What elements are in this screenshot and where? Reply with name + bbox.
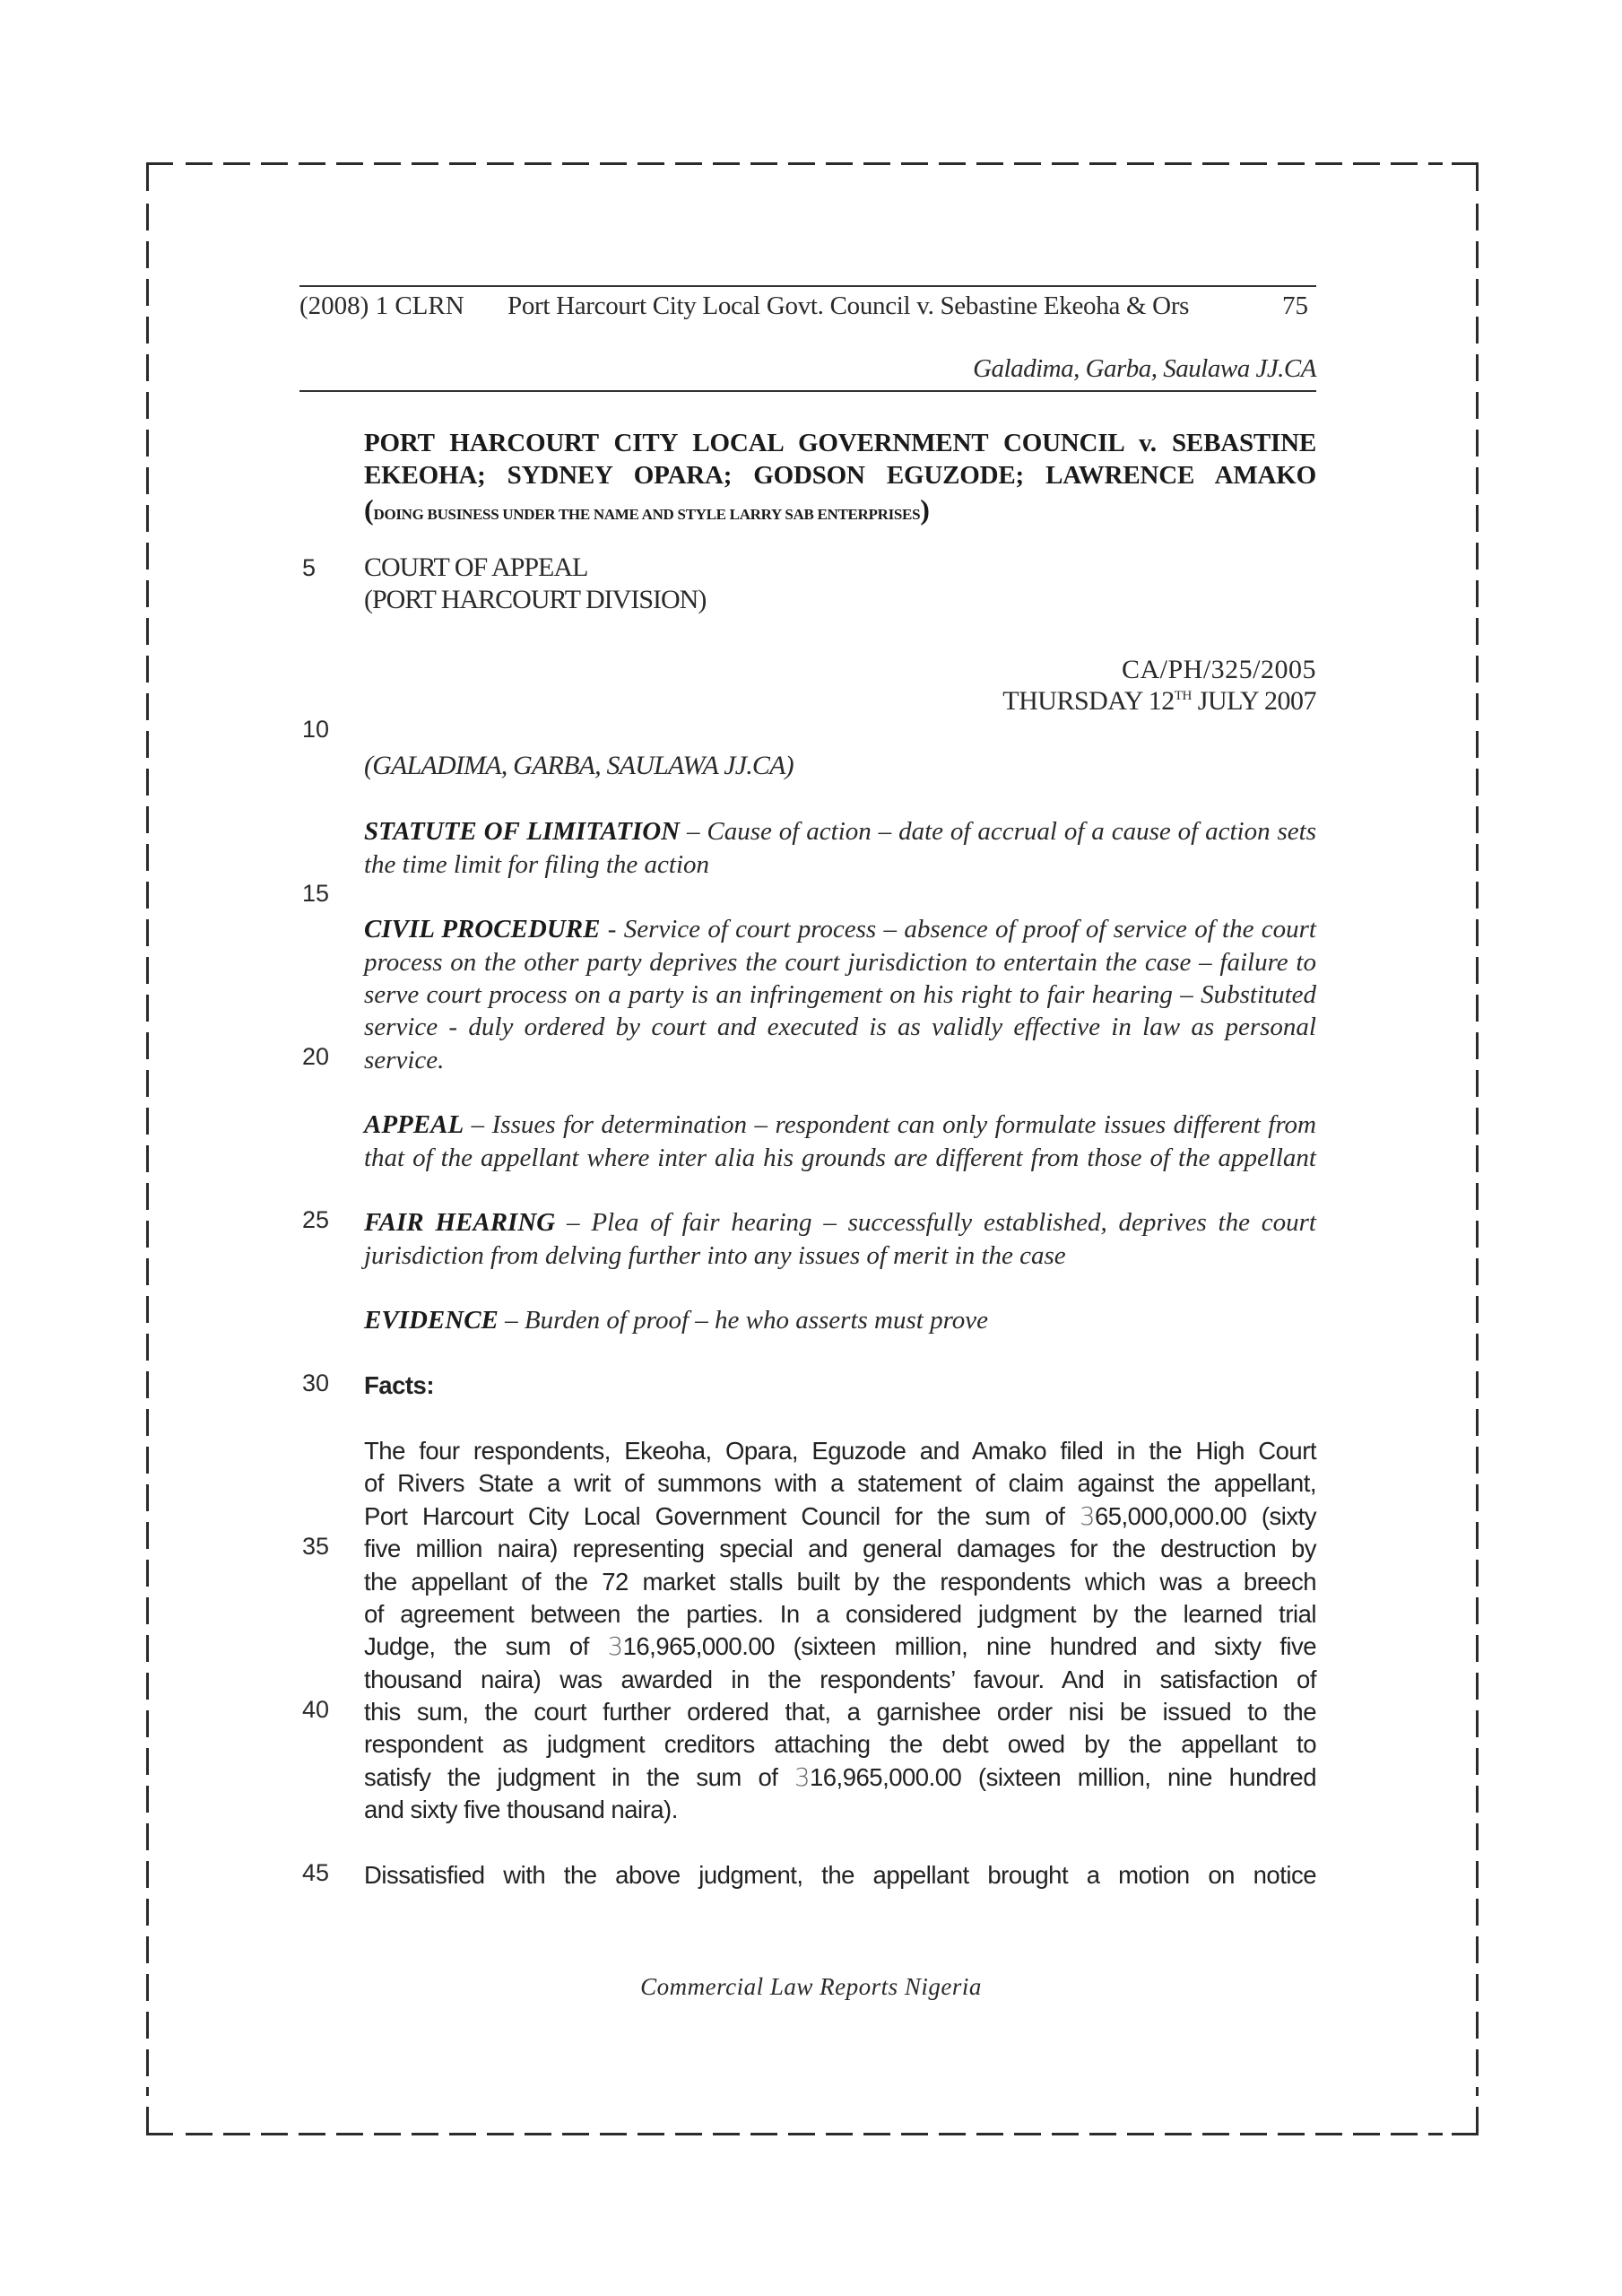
body-line: five million naira) representing special…: [364, 1536, 1316, 1561]
header-citation: (2008) 1 CLRN: [299, 293, 464, 319]
catchword-line: CIVIL PROCEDURE - Service of court proce…: [364, 917, 1316, 943]
court-division: (PORT HARCOURT DIVISION): [364, 587, 706, 613]
line-number-15: 15: [302, 882, 329, 906]
catchword-line: STATUTE OF LIMITATION – Cause of action …: [364, 819, 1316, 845]
body-line: and sixty five thousand naira).: [364, 1797, 678, 1822]
naira-symbol: 3: [794, 1763, 810, 1792]
naira-symbol: 3: [1080, 1502, 1095, 1531]
body-line: Port Harcourt City Local Government Coun…: [364, 1504, 1316, 1530]
body-line: this sum, the court further ordered that…: [364, 1700, 1316, 1725]
body-line: The four respondents, Ekeoha, Opara, Egu…: [364, 1439, 1316, 1464]
body-line: Judge, the sum of 316,965,000.00 (sixtee…: [364, 1634, 1316, 1660]
line-number-40: 40: [302, 1698, 329, 1722]
header-bottom-rule: [299, 390, 1316, 392]
judgment-date: THURSDAY 12TH JULY 2007: [778, 688, 1316, 715]
line-number-5: 5: [302, 556, 316, 580]
line-number-45: 45: [302, 1861, 329, 1885]
case-title-line-1: PORT HARCOURT CITY LOCAL GOVERNMENT COUN…: [364, 430, 1316, 457]
body-line: of agreement between the parties. In a c…: [364, 1602, 1316, 1627]
case-title-line-3: (DOING BUSINESS UNDER THE NAME AND STYLE…: [364, 495, 930, 525]
body-line: thousand naira) was awarded in the respo…: [364, 1667, 1316, 1692]
court-name: COURT OF APPEAL: [364, 554, 587, 581]
catchword-line: APPEAL – Issues for determination – resp…: [364, 1112, 1316, 1138]
header-page-number: 75: [1282, 293, 1308, 319]
line-number-30: 30: [302, 1371, 329, 1396]
coram: (GALADIMA, GARBA, SAULAWA JJ.CA): [364, 752, 794, 779]
catchword-line: EVIDENCE – Burden of proof – he who asse…: [364, 1308, 988, 1334]
header-top-rule: [299, 285, 1316, 287]
header-case-short: Port Harcourt City Local Govt. Council v…: [507, 293, 1189, 319]
catchword-line: service - duly ordered by court and exec…: [364, 1014, 1316, 1040]
line-number-20: 20: [302, 1045, 329, 1069]
facts-heading: Facts:: [364, 1373, 434, 1398]
case-title-line-2: EKEOHA; SYDNEY OPARA; GODSON EGUZODE; LA…: [364, 463, 1316, 489]
catchword-line: process on the other party deprives the …: [364, 950, 1316, 976]
body-line: of Rivers State a writ of summons with a…: [364, 1471, 1316, 1496]
line-number-35: 35: [302, 1535, 329, 1559]
catchword-line: jurisdiction from delving further into a…: [364, 1243, 1066, 1269]
body-line: Dissatisfied with the above judgment, th…: [364, 1863, 1316, 1888]
header-judges: Galadima, Garba, Saulawa JJ.CA: [748, 356, 1316, 382]
catchword-line: service.: [364, 1048, 444, 1074]
body-line: satisfy the judgment in the sum of 316,9…: [364, 1765, 1316, 1791]
naira-symbol: 3: [608, 1632, 623, 1661]
body-line: the appellant of the 72 market stalls bu…: [364, 1570, 1316, 1595]
line-number-25: 25: [302, 1208, 329, 1232]
catchword-line: the time limit for filing the action: [364, 852, 709, 878]
line-number-10: 10: [302, 717, 329, 742]
body-line: respondent as judgment creditors attachi…: [364, 1732, 1316, 1757]
catchword-line: FAIR HEARING – Plea of fair hearing – su…: [364, 1210, 1316, 1236]
suit-number: CA/PH/325/2005: [868, 657, 1316, 683]
catchword-line: serve court process on a party is an inf…: [364, 982, 1316, 1008]
catchword-line: that of the appellant where inter alia h…: [364, 1145, 1316, 1171]
footer-publication: Commercial Law Reports Nigeria: [0, 1975, 1622, 1999]
